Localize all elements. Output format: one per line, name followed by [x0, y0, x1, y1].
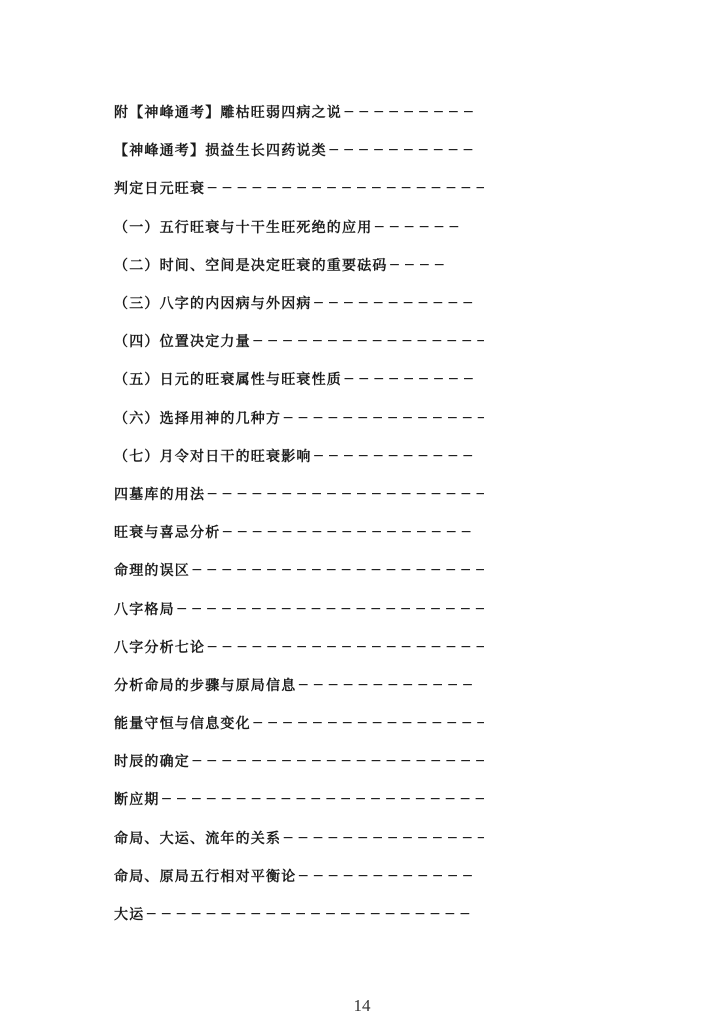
toc-entry-title: 分析命局的步骤与原局信息	[114, 675, 296, 695]
toc-dot-leader: −−−−−−−−−−−−−−	[282, 410, 484, 426]
toc-dot-leader: −−−−−−−−−−−−−−−−−−−−−	[176, 601, 484, 617]
toc-entry[interactable]: 断应期−−−−−−−−−−−−−−−−−−−−−−	[114, 780, 484, 818]
toc-dot-leader: −−−−−−−−−−−−−−−−−−−	[206, 486, 484, 502]
toc-entry-title: 时辰的确定	[114, 751, 190, 771]
toc-dot-leader: −−−−−−−−−−	[328, 142, 484, 158]
toc-dot-leader: −−−−−−	[373, 219, 484, 235]
toc-entry[interactable]: 判定日元旺衰−−−−−−−−−−−−−−−−−−−	[114, 169, 484, 207]
toc-entry[interactable]: （五）日元的旺衰属性与旺衰性质−−−−−−−−−	[114, 360, 484, 398]
toc-entry-title: 【神峰通考】损益生长四药说类	[114, 140, 327, 160]
toc-entry[interactable]: 大运 −−−−−−−−−−−−−−−−−−−−−−	[114, 895, 484, 933]
toc-dot-leader: −−−−−−−−−−−−−−	[282, 830, 484, 846]
toc-entry[interactable]: 八字格局−−−−−−−−−−−−−−−−−−−−−	[114, 589, 484, 627]
toc-dot-leader: −−−−−−−−−−−−−−−−	[252, 715, 484, 731]
toc-dot-leader: −−−−−−−−−−−−−−−−−−−	[206, 180, 484, 196]
toc-entry-title: （五）日元的旺衰属性与旺衰性质	[114, 369, 342, 389]
toc-entry[interactable]: 四墓库的用法−−−−−−−−−−−−−−−−−−−	[114, 475, 484, 513]
page-number: 14	[0, 996, 724, 1016]
toc-dot-leader: −−−−−−−−−−−−−−−−−−−−	[191, 753, 484, 769]
toc-entry[interactable]: 命局、大运、流年的关系−−−−−−−−−−−−−−	[114, 819, 484, 857]
toc-entry[interactable]: 附【神峰通考】雕枯旺弱四病之说−−−−−−−−−	[114, 93, 484, 131]
table-of-contents: 附【神峰通考】雕枯旺弱四病之说−−−−−−−−− 【神峰通考】损益生长四药说类−…	[114, 93, 484, 933]
toc-dot-leader: −−−−−−−−−−−−−−−−	[252, 333, 484, 349]
toc-dot-leader: −−−−−−−−−−−−−−−−−	[221, 524, 484, 540]
toc-entry-title: 判定日元旺衰	[114, 178, 205, 198]
toc-entry[interactable]: （四）位置决定力量−−−−−−−−−−−−−−−−	[114, 322, 484, 360]
toc-entry-title: 能量守恒与信息变化	[114, 713, 251, 733]
toc-entry[interactable]: 旺衰与喜忌分析−−−−−−−−−−−−−−−−−	[114, 513, 484, 551]
toc-entry[interactable]: （六）选择用神的几种方−−−−−−−−−−−−−−	[114, 399, 484, 437]
toc-dot-leader: −−−−	[389, 257, 484, 273]
toc-dot-leader: −−−−−−−−−−−−	[297, 677, 484, 693]
toc-entry[interactable]: （三）八字的内因病与外因病−−−−−−−−−−−	[114, 284, 484, 322]
toc-entry[interactable]: 能量守恒与信息变化−−−−−−−−−−−−−−−−	[114, 704, 484, 742]
toc-entry[interactable]: 命局、原局五行相对平衡论−−−−−−−−−−−−	[114, 857, 484, 895]
toc-entry-title: （一）五行旺衰与十干生旺死绝的应用	[114, 217, 372, 237]
toc-entry[interactable]: （七）月令对日干的旺衰影响−−−−−−−−−−−	[114, 437, 484, 475]
toc-entry-title: （七）月令对日干的旺衰影响	[114, 446, 312, 466]
toc-dot-leader: −−−−−−−−−−−−−−−−−−−−	[191, 562, 484, 578]
toc-entry-title: 旺衰与喜忌分析	[114, 522, 220, 542]
toc-entry-title: 八字分析七论	[114, 637, 205, 657]
toc-entry-title: 命局、原局五行相对平衡论	[114, 866, 296, 886]
toc-dot-leader: −−−−−−−−−−−−	[297, 868, 484, 884]
toc-entry[interactable]: （二）时间、空间是决定旺衰的重要砝码−−−−	[114, 246, 484, 284]
toc-entry-title: 四墓库的用法	[114, 484, 205, 504]
toc-dot-leader: −−−−−−−−−	[343, 371, 484, 387]
toc-entry[interactable]: 命理的误区−−−−−−−−−−−−−−−−−−−−	[114, 551, 484, 589]
toc-entry-title: （三）八字的内因病与外因病	[114, 293, 312, 313]
toc-dot-leader: −−−−−−−−−−−	[313, 295, 484, 311]
toc-entry-title: 八字格局	[114, 599, 175, 619]
toc-entry[interactable]: 时辰的确定−−−−−−−−−−−−−−−−−−−−	[114, 742, 484, 780]
toc-entry-title: 命理的误区	[114, 560, 190, 580]
toc-dot-leader: −−−−−−−−−−−−−−−−−−−	[206, 639, 484, 655]
toc-entry-title: 命局、大运、流年的关系	[114, 828, 281, 848]
toc-dot-leader: −−−−−−−−−	[343, 104, 484, 120]
toc-entry-title: （二）时间、空间是决定旺衰的重要砝码	[114, 255, 388, 275]
toc-dot-leader: −−−−−−−−−−−−−−−−−−−−−−	[161, 791, 484, 807]
toc-entry[interactable]: （一）五行旺衰与十干生旺死绝的应用−−−−−−	[114, 208, 484, 246]
toc-entry-title: （四）位置决定力量	[114, 331, 251, 351]
toc-dot-leader: −−−−−−−−−−−−−−−−−−−−−−	[145, 906, 484, 922]
toc-entry[interactable]: 分析命局的步骤与原局信息−−−−−−−−−−−−	[114, 666, 484, 704]
toc-entry-title: （六）选择用神的几种方	[114, 408, 281, 428]
toc-entry-title: 附【神峰通考】雕枯旺弱四病之说	[114, 102, 342, 122]
toc-entry[interactable]: 八字分析七论−−−−−−−−−−−−−−−−−−−	[114, 628, 484, 666]
toc-entry-title: 大运	[114, 904, 144, 924]
toc-entry[interactable]: 【神峰通考】损益生长四药说类−−−−−−−−−−	[114, 131, 484, 169]
toc-entry-title: 断应期	[114, 789, 160, 809]
toc-dot-leader: −−−−−−−−−−−	[313, 448, 484, 464]
